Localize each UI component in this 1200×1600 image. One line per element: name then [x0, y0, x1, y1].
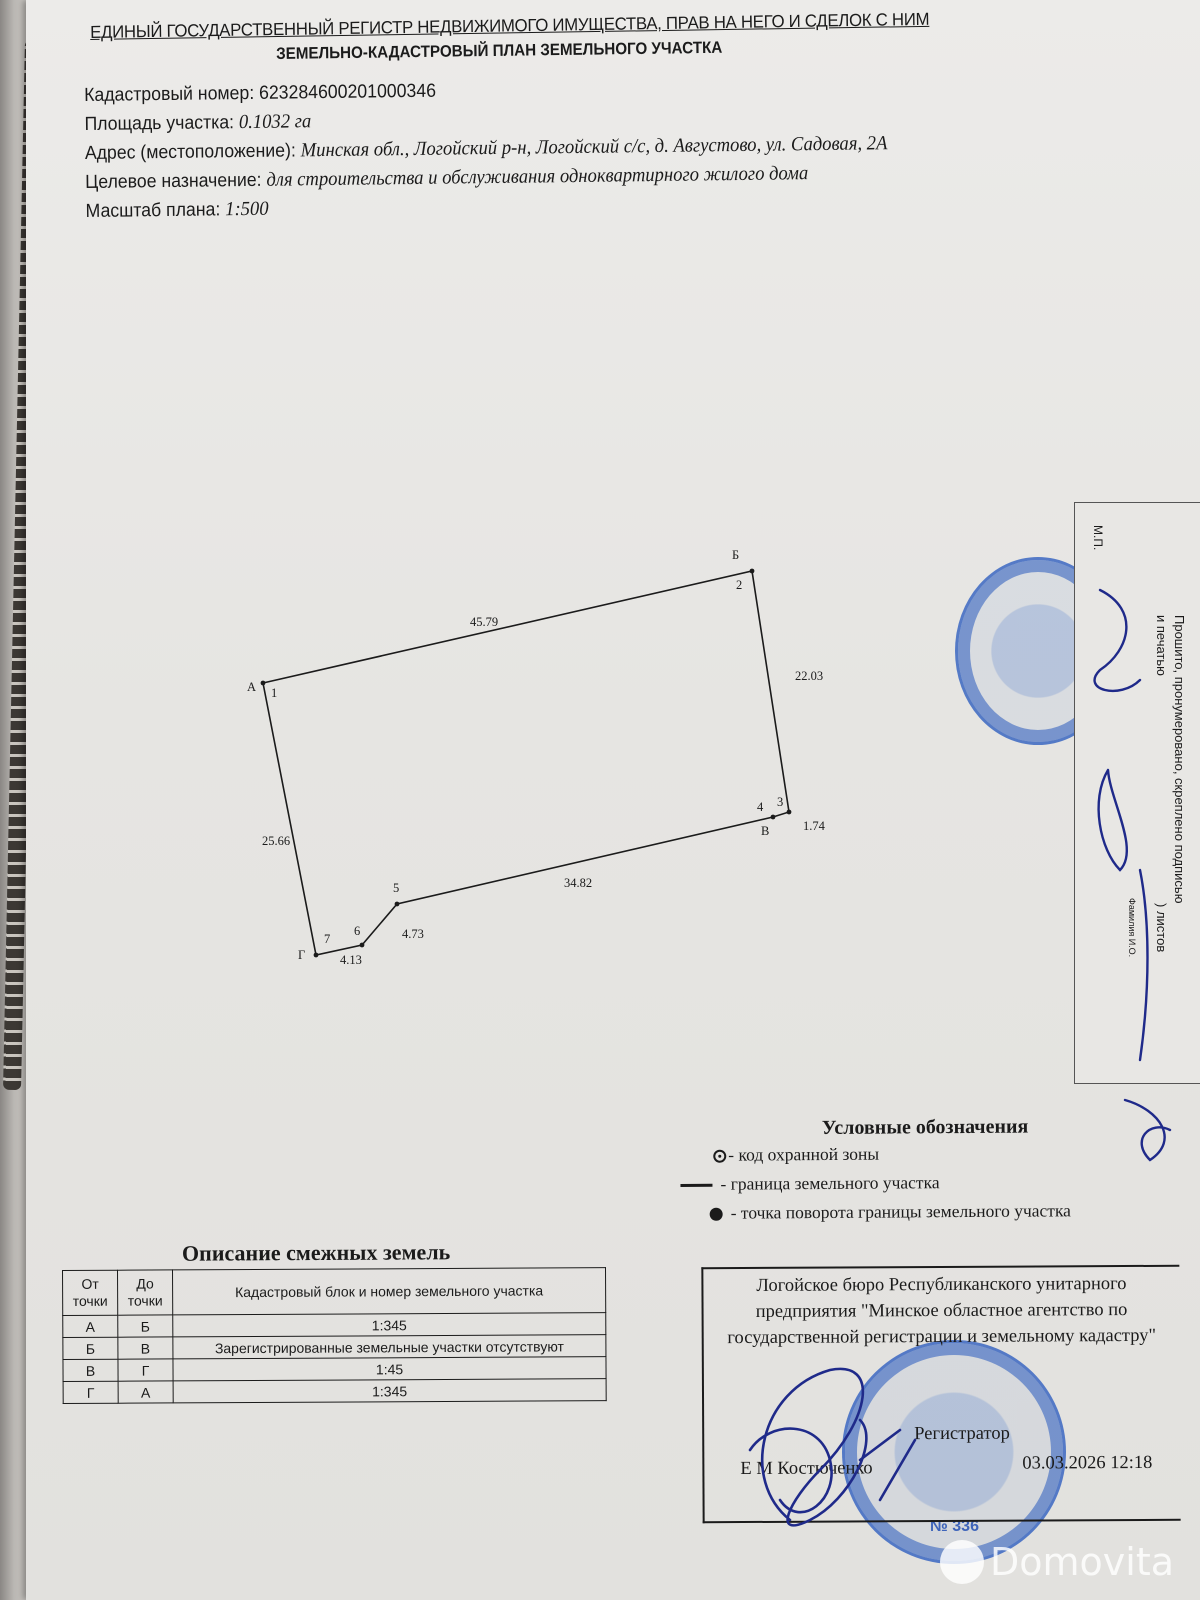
stitch-sheets-label: ) листов [1154, 903, 1169, 952]
domovita-watermark: Domovita [940, 1540, 1174, 1584]
legend-item-turning-point: - точка поворота границы земельного учас… [693, 1196, 1141, 1228]
boundary-line-icon [680, 1170, 716, 1199]
legend-item-protection-zone: - код охранной зоны [694, 1138, 1140, 1170]
legend-item-boundary: - граница земельного участка [680, 1167, 1140, 1199]
bureau-signature-block: Логойское бюро Республиканского унитарно… [701, 1265, 1180, 1523]
bureau-name: Логойское бюро Республиканского унитарно… [703, 1271, 1179, 1351]
table-row: Б В Зарегистрированные земельные участки… [63, 1335, 606, 1360]
adjacent-lands-table: От точки До точки Кадастровый блок и ном… [62, 1267, 607, 1404]
column-header-cadastral-block: Кадастровый блок и номер земельного учас… [173, 1268, 606, 1315]
legend-title: Условные обозначения [710, 1115, 1140, 1141]
table-row: Г А 1:345 [63, 1379, 606, 1404]
column-header-to: До точки [118, 1270, 173, 1315]
registrar-role: Регистратор [914, 1424, 1010, 1446]
legend: Условные обозначения - код охранной зоны… [680, 1115, 1141, 1228]
adjacent-lands-title: Описание смежных земель [182, 1239, 450, 1266]
plot-properties: Кадастровый номер: 623284600201000346 Пл… [84, 70, 1076, 226]
registrar-name: Е М Костюченко [740, 1458, 872, 1480]
stitch-mp-label: М.П. [1091, 525, 1105, 550]
table-row: В Г 1:45 [63, 1357, 606, 1382]
table-header-row: От точки До точки Кадастровый блок и ном… [63, 1268, 606, 1316]
table-row: А Б 1:345 [63, 1313, 606, 1338]
stitch-line1: Прошито, пронумеровано, скреплено подпис… [1172, 615, 1187, 903]
stitch-certification-box: Прошито, пронумеровано, скреплено подпис… [1074, 502, 1200, 1084]
stitch-line2: и печатью [1154, 615, 1169, 676]
protection-zone-code-icon [694, 1141, 730, 1170]
domovita-logo-icon [940, 1540, 984, 1584]
registration-datetime: 03.03.2026 12:18 [1022, 1453, 1152, 1475]
stitch-name-label: Фамилия И.О. [1127, 898, 1137, 957]
turning-point-icon [693, 1199, 729, 1228]
column-header-from: От точки [63, 1270, 118, 1315]
